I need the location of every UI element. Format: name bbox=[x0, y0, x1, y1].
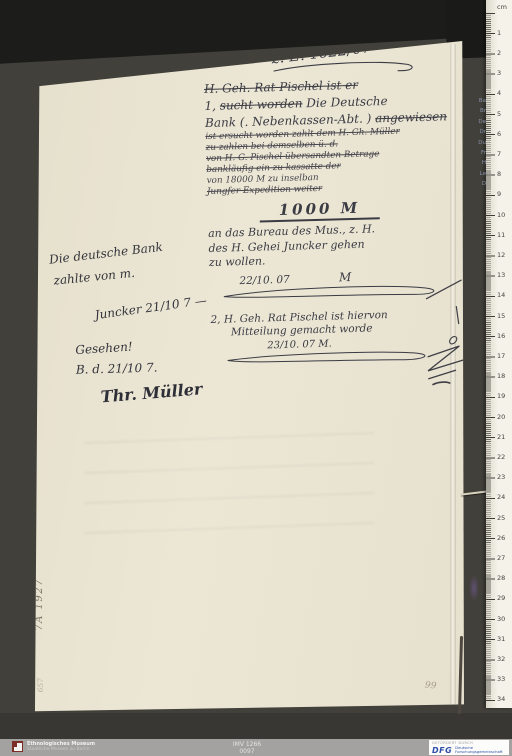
museum-logo-text: Ethnologisches Museum Staatliche Museen … bbox=[27, 741, 95, 753]
side-note-line: Gesehen! bbox=[75, 331, 267, 357]
ruler-number: 7 bbox=[497, 150, 501, 158]
ruler-number: 9 bbox=[497, 190, 501, 198]
ruler-number: 28 bbox=[497, 574, 505, 582]
struck-text: H. Geh. Rat Pischel ist er bbox=[204, 78, 358, 96]
side-note-line: Juncker 21/10 7 — bbox=[94, 286, 265, 322]
ruler-number: 15 bbox=[497, 312, 505, 320]
index-letter-column: BaBrDeDrDuFrHLeD bbox=[474, 98, 486, 192]
side-note-block: Die deutsche Bank zahlte von m. Juncker … bbox=[48, 237, 267, 403]
museum-logo-icon bbox=[12, 741, 23, 752]
struck-text: sucht worden bbox=[220, 96, 303, 112]
ruler-number: 6 bbox=[497, 130, 501, 138]
pencil-page-mark: 99 bbox=[424, 680, 436, 691]
ruler-number: 2 bbox=[497, 49, 501, 57]
document-identifier: IMV 1266 0097 bbox=[207, 741, 287, 755]
museum-subtitle: Staatliche Museen zu Berlin bbox=[27, 747, 95, 753]
ruler-number: 24 bbox=[497, 493, 505, 501]
dfg-wordmark: DFG bbox=[432, 746, 452, 755]
side-note-line: B. d. 21/10 7. bbox=[76, 357, 267, 376]
ruler-number: 20 bbox=[497, 413, 505, 421]
ruler-number: 16 bbox=[497, 332, 505, 340]
ruler-number: 18 bbox=[497, 372, 505, 380]
index-letter: Le bbox=[474, 171, 486, 181]
ruler-number: 8 bbox=[497, 170, 501, 178]
ruler-unit-label: cm bbox=[497, 3, 507, 11]
footer-bar: Ethnologisches Museum Staatliche Museen … bbox=[0, 739, 512, 756]
ruler-number: 1 bbox=[497, 29, 501, 37]
index-letter: H bbox=[474, 160, 486, 170]
ruler-number: 25 bbox=[497, 514, 505, 522]
index-letter: Du bbox=[474, 140, 486, 150]
index-letter: D bbox=[474, 181, 486, 191]
ruler-number: 31 bbox=[497, 635, 505, 643]
initial-1: M bbox=[339, 270, 352, 284]
ruler-number: 5 bbox=[497, 110, 501, 118]
dfg-full-name: Deutsche Forschungsgemeinschaft bbox=[455, 746, 501, 755]
draft-text: 1, bbox=[204, 99, 220, 113]
scanned-document-viewer: z. E. 1622/07 H. Geh. Rat Pischel ist er… bbox=[0, 0, 512, 756]
ruler-cm-ticks bbox=[486, 13, 495, 701]
signature: Thr. Müller bbox=[100, 374, 268, 406]
reference-underline-flourish bbox=[269, 59, 419, 77]
ruler-number: 21 bbox=[497, 433, 505, 441]
ruler-number: 19 bbox=[497, 392, 505, 400]
page-content: z. E. 1622/07 H. Geh. Rat Pischel ist er… bbox=[19, 24, 474, 720]
ruler-number: 12 bbox=[497, 251, 505, 259]
index-letter: Fr bbox=[474, 150, 486, 160]
ruler-number: 17 bbox=[497, 352, 505, 360]
pencil-margin-note: 7A 1927 bbox=[34, 578, 45, 631]
struck-text: Jungfer Expedition weiter bbox=[207, 184, 322, 197]
draft-text: Die Deutsche bbox=[302, 94, 388, 110]
ink-scribbles bbox=[421, 276, 476, 393]
ruler-number: 13 bbox=[497, 271, 505, 279]
ruler-number: 22 bbox=[497, 453, 505, 461]
ruler-number: 34 bbox=[497, 695, 505, 703]
index-letter: Br bbox=[474, 108, 486, 118]
draft-lines: H. Geh. Rat Pischel ist er1, sucht worde… bbox=[204, 74, 475, 198]
index-letter: Ba bbox=[474, 98, 486, 108]
ruler-number: 10 bbox=[497, 211, 505, 219]
struck-text: angewiesen bbox=[375, 109, 447, 125]
document-page: z. E. 1622/07 H. Geh. Rat Pischel ist er… bbox=[28, 30, 464, 714]
index-letter: Dr bbox=[474, 129, 486, 139]
document-id: IMV 1266 bbox=[207, 741, 287, 748]
ruler-number: 32 bbox=[497, 655, 505, 663]
backdrop-bottom-shadow bbox=[0, 713, 512, 739]
page-number: 0097 bbox=[207, 748, 287, 755]
amount-value: 1000 M bbox=[259, 198, 380, 222]
ruler-number: 33 bbox=[497, 675, 505, 683]
ruler-number: 29 bbox=[497, 594, 505, 602]
ruler-number: 11 bbox=[497, 231, 505, 239]
binding-thread-horizontal bbox=[461, 490, 488, 495]
ruler-number: 14 bbox=[497, 291, 505, 299]
ruler-number: 27 bbox=[497, 554, 505, 562]
index-letter: De bbox=[474, 119, 486, 129]
purple-ink-smudge bbox=[469, 574, 479, 602]
pencil-margin-note-faint: 657 bbox=[36, 678, 45, 692]
dfg-logo-row: DFG Deutsche Forschungsgemeinschaft bbox=[432, 746, 506, 755]
ruler-number: 30 bbox=[497, 615, 505, 623]
ruler-number: 4 bbox=[497, 89, 501, 97]
measuring-ruler: cm 1234567891011121314151617181920212223… bbox=[486, 0, 512, 708]
dfg-logo: GEFÖRDERT DURCH DFG Deutsche Forschungsg… bbox=[429, 740, 509, 755]
museum-logo: Ethnologisches Museum Staatliche Museen … bbox=[12, 741, 95, 753]
ruler-number: 3 bbox=[497, 69, 501, 77]
ruler-number: 23 bbox=[497, 473, 505, 481]
ruler-number: 26 bbox=[497, 534, 505, 542]
